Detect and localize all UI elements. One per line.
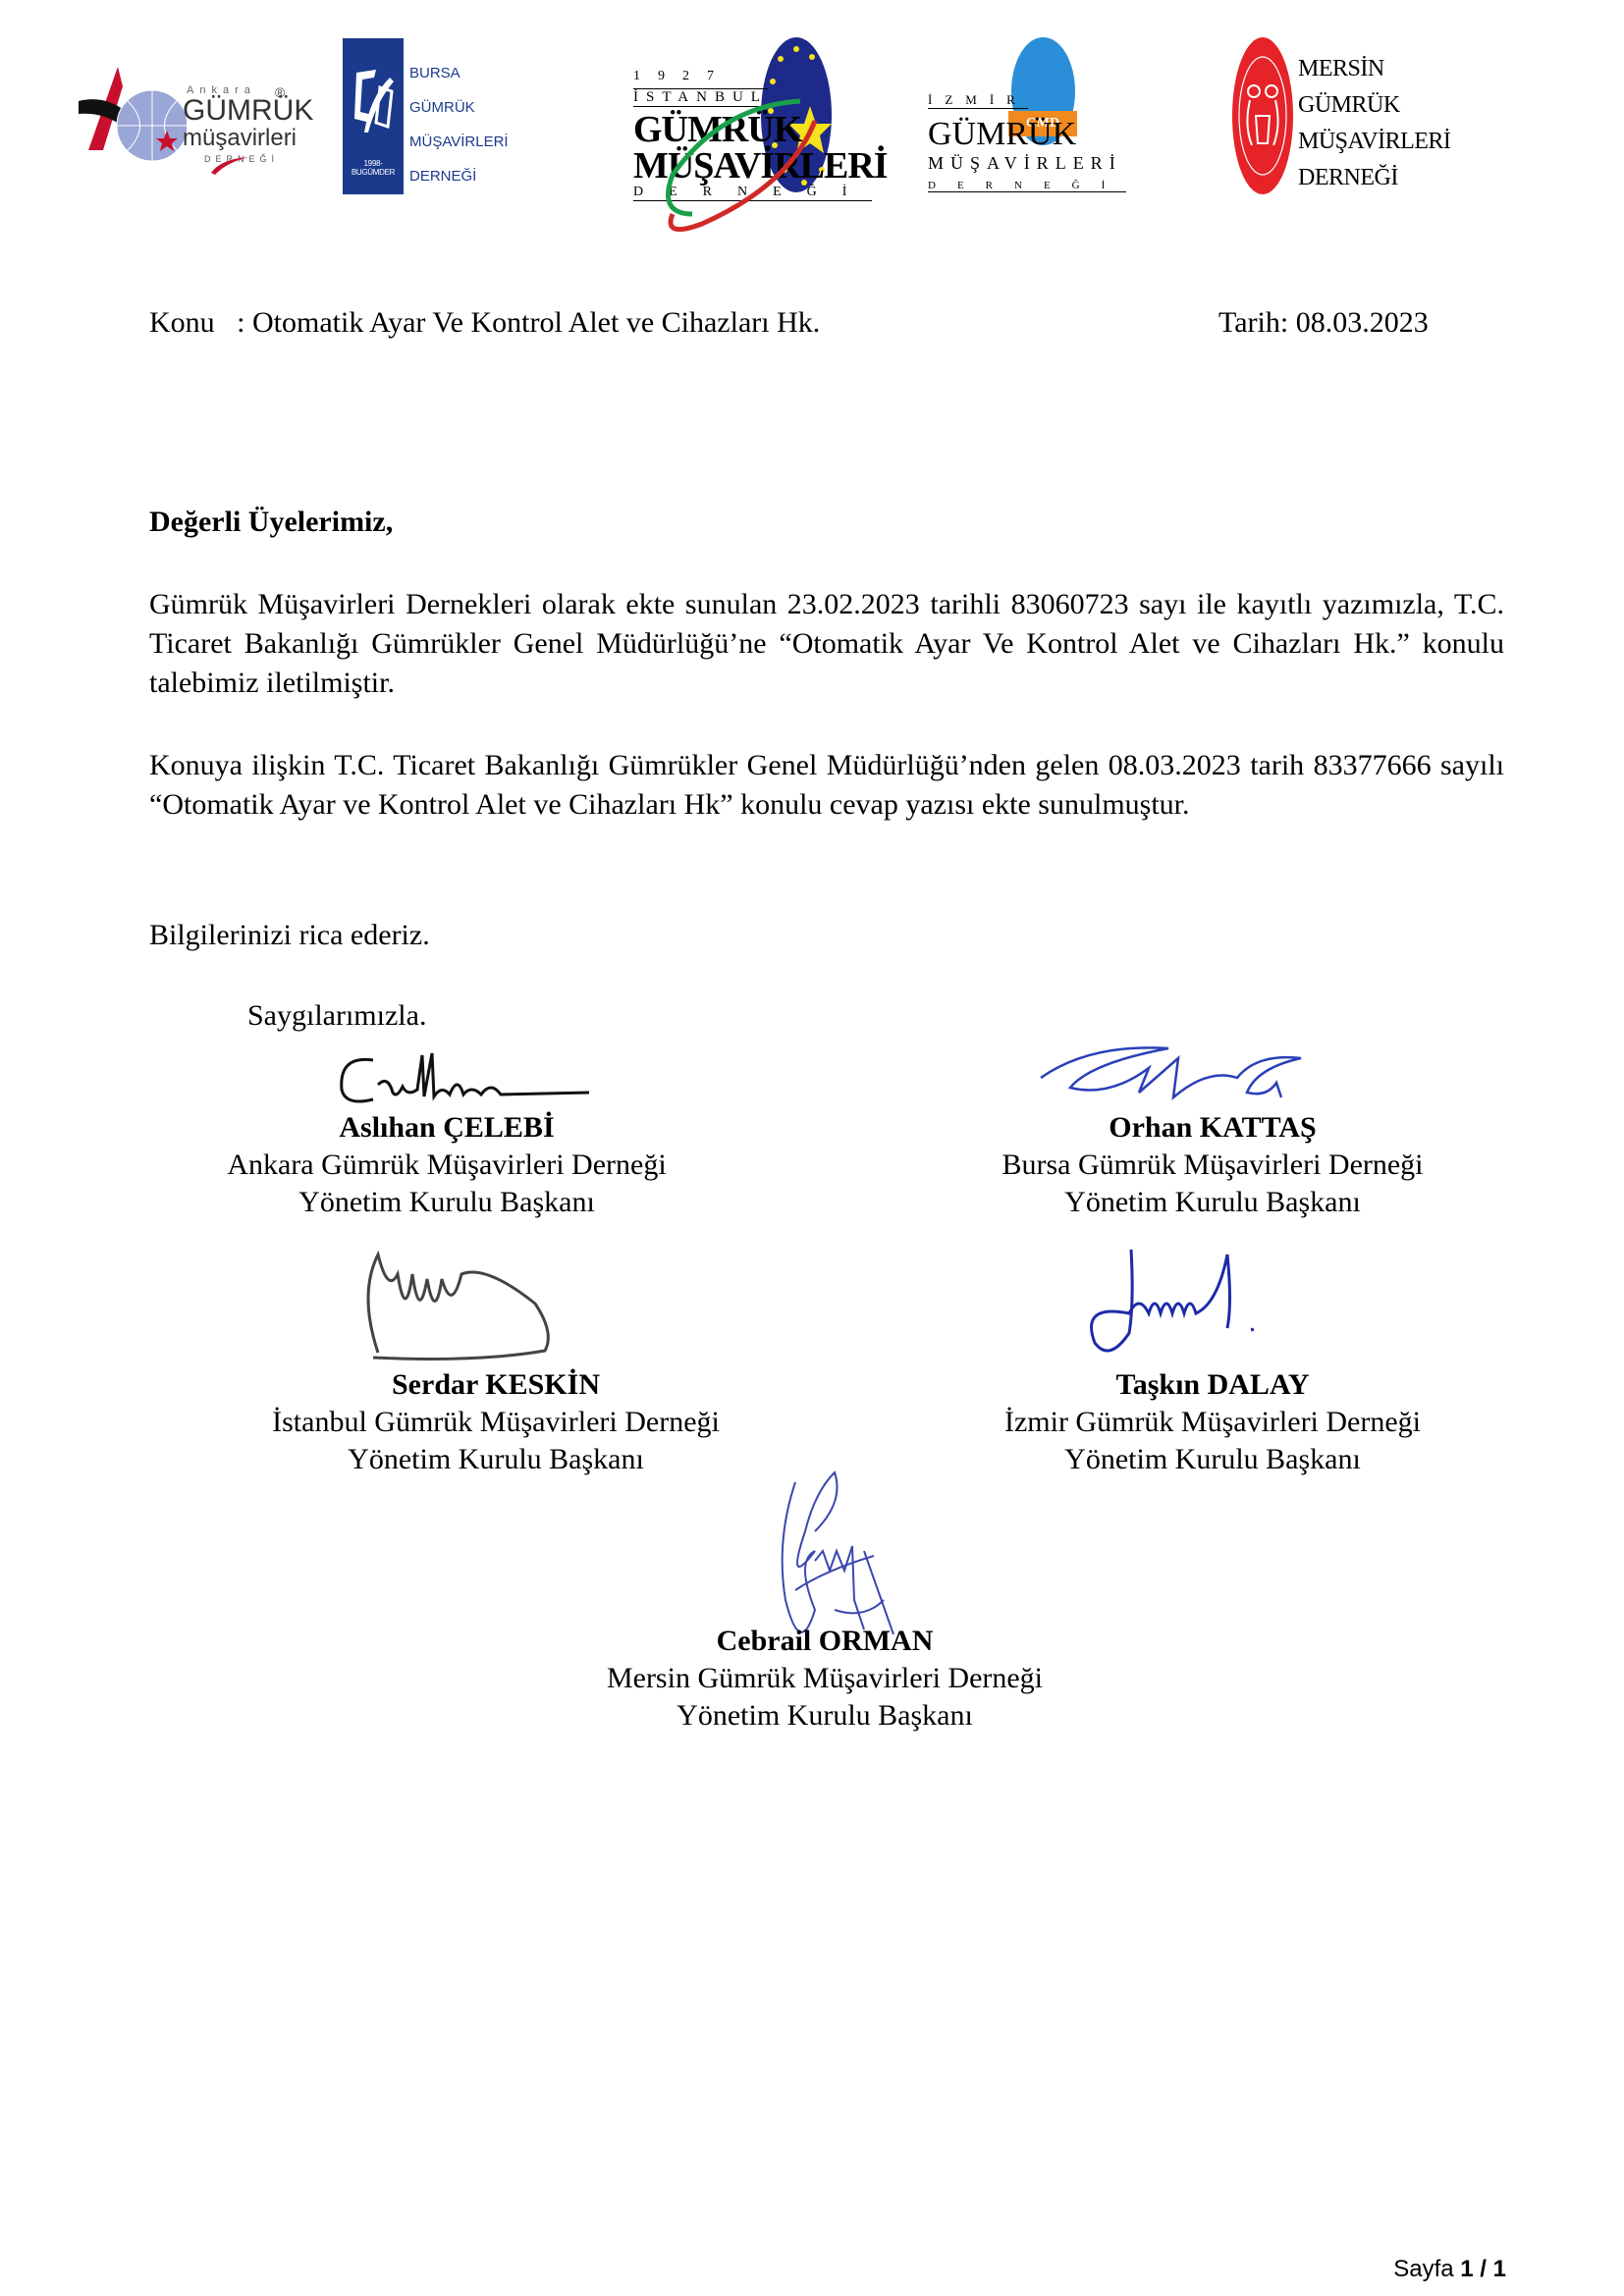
ankara-swoosh-icon: [211, 155, 250, 175]
swoosh-icon: [643, 67, 839, 234]
signatory-title: Yönetim Kurulu Başkanı: [236, 1441, 756, 1478]
mersin-seal-icon: [1232, 37, 1293, 194]
greeting: Değerli Üyelerimiz,: [149, 505, 393, 540]
signature-celebi-icon: [334, 1045, 609, 1114]
signatory-org: Bursa Gümrük Müşavirleri Derneği: [972, 1147, 1453, 1184]
signature-kattas-icon: [1031, 1039, 1326, 1112]
istanbul-association-logo: 1927 İSTANBUL GÜMRÜK MÜŞAVİRLERİ DERNEĞİ: [633, 37, 859, 194]
ankara-globe-icon: [79, 57, 187, 175]
page-number: Sayfa 1 / 1: [1393, 2256, 1506, 2283]
signatory-name: Orhan KATTAŞ: [972, 1109, 1453, 1147]
bursa-association-logo: 1998-BUGÜMDER BURSA GÜMRÜK MÜŞAVİRLERİ D…: [343, 38, 539, 195]
bursa-logo-text: BURSA GÜMRÜK MÜŞAVİRLERİ DERNEĞİ: [409, 56, 509, 193]
ankara-association-logo: Ankara ® GÜMRÜK müşavirleri DERNEĞİ: [79, 57, 295, 175]
body-paragraph: Gümrük Müşavirleri Dernekleri olarak ekt…: [149, 585, 1504, 703]
signatory-title: Yönetim Kurulu Başkanı: [540, 1697, 1110, 1735]
document-date: Tarih: 08.03.2023: [1218, 305, 1429, 341]
body-paragraph: Bilgilerinizi rica ederiz.: [149, 916, 1504, 955]
bursa-emblem: 1998-BUGÜMDER: [343, 38, 404, 194]
signatory-block: Serdar KESKİN İstanbul Gümrük Müşavirler…: [236, 1366, 756, 1478]
signature-dalay-icon: [1070, 1235, 1267, 1367]
signatory-org: Mersin Gümrük Müşavirleri Derneği: [540, 1660, 1110, 1697]
signatory-title: Yönetim Kurulu Başkanı: [187, 1184, 707, 1221]
body-paragraph: Konuya ilişkin T.C. Ticaret Bakanlığı Gü…: [149, 746, 1504, 825]
signatory-block: Aslıhan ÇELEBİ Ankara Gümrük Müşavirleri…: [187, 1109, 707, 1221]
mersin-association-logo: MERSİN GÜMRÜK MÜŞAVİRLERİ DERNEĞİ: [1232, 37, 1468, 199]
mersin-figures-icon: [1232, 37, 1293, 194]
closing-line: Saygılarımızla.: [247, 998, 426, 1034]
signatory-name: Aslıhan ÇELEBİ: [187, 1109, 707, 1147]
signatory-name: Taşkın DALAY: [972, 1366, 1453, 1404]
signatory-name: Serdar KESKİN: [236, 1366, 756, 1404]
signatory-name: Cebrail ORMAN: [540, 1623, 1110, 1660]
signatory-block: Orhan KATTAŞ Bursa Gümrük Müşavirleri De…: [972, 1109, 1453, 1221]
subject-line: Konu : Otomatik Ayar Ve Kontrol Alet ve …: [149, 305, 820, 341]
signatory-org: İstanbul Gümrük Müşavirleri Derneği: [236, 1404, 756, 1441]
signatory-org: İzmir Gümrük Müşavirleri Derneği: [972, 1404, 1453, 1441]
signatory-block: Cebrail ORMAN Mersin Gümrük Müşavirleri …: [540, 1623, 1110, 1735]
signatory-block: Taşkın DALAY İzmir Gümrük Müşavirleri De…: [972, 1366, 1453, 1478]
bursa-leaf-icon: [351, 68, 396, 136]
mersin-logo-text: MERSİN GÜMRÜK MÜŞAVİRLERİ DERNEĞİ: [1298, 51, 1450, 196]
signatory-org: Ankara Gümrük Müşavirleri Derneği: [187, 1147, 707, 1184]
signature-keskin-icon: [358, 1235, 594, 1367]
signatory-title: Yönetim Kurulu Başkanı: [972, 1441, 1453, 1478]
izmir-association-logo: GMD İZMİR GÜMRÜK MÜŞAVİRLERİ DERNEĞİ: [928, 37, 1124, 199]
signatory-title: Yönetim Kurulu Başkanı: [972, 1184, 1453, 1221]
